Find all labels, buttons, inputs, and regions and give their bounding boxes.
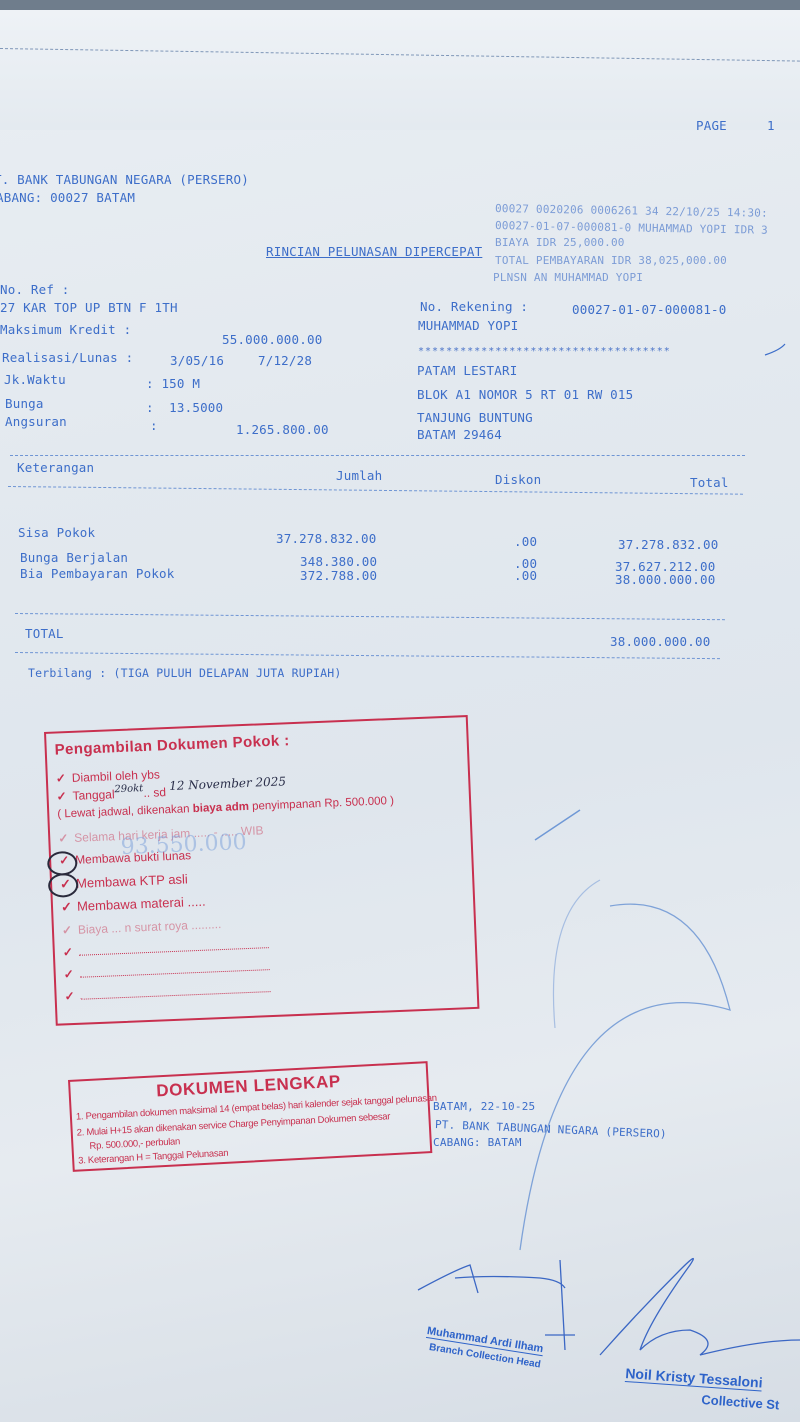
total-top-rule: [15, 613, 725, 620]
document-complete-stamp: DOKUMEN LENGKAP 1. Pengambilan dokumen m…: [68, 1061, 432, 1172]
signatory-2-role: Collective St: [701, 1392, 780, 1412]
address-line-2: BLOK A1 NOMOR 5 RT 01 RW 015: [417, 387, 633, 402]
dotted-line: [79, 939, 269, 956]
header-keterangan: Keterangan: [17, 460, 94, 475]
term-value: : 150 M: [146, 376, 200, 391]
separator-stars: ************************************: [418, 346, 671, 357]
row-amount: 348.380.00: [300, 554, 377, 569]
pickup-item-taken-by: ✓Diambil oleh ybs: [56, 767, 161, 785]
check-icon: ✓: [63, 945, 80, 960]
amount-in-words: Terbilang : (TIGA PULUH DELAPAN JUTA RUP…: [28, 666, 341, 680]
total-value: 38.000.000.00: [610, 634, 710, 649]
pickup-blank-line: ✓: [64, 981, 270, 1003]
header-diskon: Diskon: [495, 472, 541, 487]
check-icon: ✓: [63, 967, 80, 982]
place-date: BATAM, 22-10-25: [433, 1100, 535, 1113]
payoff-document: PAGE 1 T. BANK TABUNGAN NEGARA (PERSERO)…: [0, 10, 800, 1422]
document-title: RINCIAN PELUNASAN DIPERCEPAT: [266, 244, 482, 259]
note-text: ( Lewat jadwal, dikenakan: [57, 803, 193, 820]
max-credit-value: 55.000.000.00: [222, 332, 322, 347]
row-desc: Bia Pembayaran Pokok: [20, 566, 175, 581]
note-bold: biaya adm: [193, 801, 250, 815]
header-jumlah: Jumlah: [336, 468, 382, 483]
validation-line-4: TOTAL PEMBAYARAN IDR 38,025,000.00: [495, 254, 727, 267]
pickup-blank-line: ✓: [63, 959, 269, 981]
total-label: TOTAL: [25, 626, 64, 641]
row-total: 38.000.000.00: [615, 572, 715, 587]
installment-value: 1.265.800.00: [236, 422, 329, 437]
dotted-line: [80, 983, 270, 1000]
pickup-item-id-card: ✓Membawa KTP asli: [60, 871, 188, 892]
header-total: Total: [690, 475, 729, 490]
address-line-1: PATAM LESTARI: [417, 363, 517, 378]
item-text: Diambil oleh ybs: [72, 767, 161, 785]
check-icon: ✓: [56, 789, 73, 804]
handwritten-amount: 93.550.000: [120, 830, 247, 860]
ref-value: 27 KAR TOP UP BTN F 1TH: [0, 300, 178, 315]
ref-label: No. Ref :: [0, 282, 70, 297]
pickup-heading: Pengambilan Dokumen Pokok :: [54, 732, 290, 758]
validation-line-2: 00027-01-07-000081-0 MUHAMMAD YOPI IDR 3: [495, 219, 768, 237]
address-line-4: BATAM 29464: [417, 427, 502, 442]
validation-line-3: BIAYA IDR 25,000.00: [495, 236, 625, 249]
account-number-label: No. Rekening :: [420, 299, 528, 314]
item-text: Tanggal: [72, 787, 115, 803]
row-discount: .00: [514, 568, 537, 583]
handwritten-end-date: 12 November 2025: [169, 774, 286, 793]
page-number: 1: [767, 118, 775, 133]
signatory-2-name: Noil Kristy Tessaloni: [625, 1365, 763, 1392]
payoff-date: 7/12/28: [258, 353, 312, 368]
document-pickup-stamp: Pengambilan Dokumen Pokok : ✓Diambil ole…: [44, 715, 479, 1026]
validation-line-5: PLNSN AN MUHAMMAD YOPI: [493, 271, 643, 284]
realization-date: 3/05/16: [170, 353, 224, 368]
check-icon: ✓: [56, 771, 73, 786]
note-text: penyimpanan Rp. 500.000 ): [249, 795, 395, 813]
handwritten-start-date: 29okt: [114, 783, 143, 795]
row-desc: Bunga Berjalan: [20, 550, 128, 565]
table-header-rule: [8, 486, 743, 495]
address-line-3: TANJUNG BUNTUNG: [417, 410, 533, 425]
realization-label: Realisasi/Lunas :: [2, 350, 133, 365]
check-icon: ✓: [61, 899, 78, 916]
complete-rule-2b: Rp. 500.000,- perbulan: [89, 1136, 180, 1152]
paper-fold: [0, 10, 800, 130]
account-holder: MUHAMMAD YOPI: [418, 318, 518, 333]
row-amount: 372.788.00: [300, 568, 377, 583]
pickup-item-roya: ✓Biaya ... n surat roya .........: [62, 917, 222, 937]
bank-name: T. BANK TABUNGAN NEGARA (PERSERO): [0, 172, 249, 187]
interest-value: : 13.5000: [146, 400, 223, 415]
dotted-line: [80, 961, 270, 978]
item-text: Biaya ... n surat roya .........: [78, 917, 222, 937]
item-text: Membawa materai .....: [77, 894, 206, 914]
row-amount: 37.278.832.00: [276, 531, 376, 546]
page-label: PAGE: [696, 118, 727, 133]
installment-sep: :: [150, 418, 158, 433]
check-icon: ✓: [62, 923, 79, 938]
max-credit-label: Maksimum Kredit :: [0, 322, 131, 337]
total-bottom-rule: [15, 652, 720, 659]
check-icon: ✓: [64, 989, 81, 1004]
handwritten-circle: [47, 851, 78, 876]
installment-label: Angsuran: [5, 414, 67, 429]
row-total: 37.278.832.00: [618, 537, 718, 552]
table-top-rule: [10, 455, 745, 456]
footer-branch: CABANG: BATAM: [433, 1136, 522, 1149]
row-desc: Sisa Pokok: [18, 525, 95, 540]
check-icon: ✓: [58, 831, 75, 846]
row-discount: .00: [514, 534, 537, 549]
pickup-blank-line: ✓: [63, 937, 269, 959]
validation-line-1: 00027 0020206 0006261 34 22/10/25 14:30:: [495, 202, 768, 220]
bank-branch: ABANG: 00027 BATAM: [0, 190, 135, 205]
item-text: .. sd: [143, 785, 166, 800]
term-label: Jk.Waktu: [4, 372, 66, 387]
item-text: Membawa KTP asli: [76, 871, 188, 890]
interest-label: Bunga: [5, 396, 44, 411]
account-number-value: 00027-01-07-000081-0: [572, 302, 727, 317]
handwritten-circle: [48, 873, 79, 898]
pickup-item-stamp-duty: ✓Membawa materai .....: [61, 894, 206, 916]
